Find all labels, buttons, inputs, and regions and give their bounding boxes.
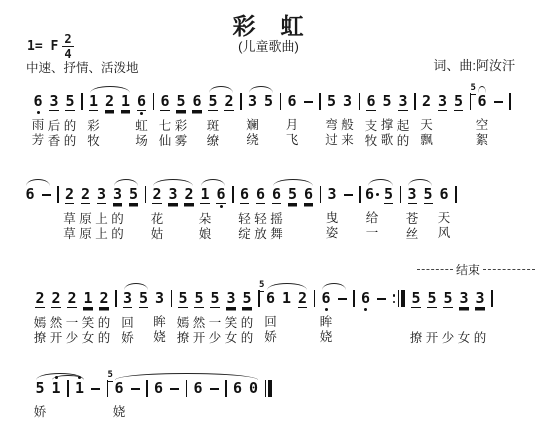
lyric-syllable (171, 212, 174, 227)
note-number: 3 (408, 186, 417, 204)
lyric-syllable: 的 (64, 134, 77, 149)
slur-group: 1彩牧2 1 (86, 83, 134, 149)
note-body: 1 (282, 290, 291, 307)
note-number: 6 (233, 380, 242, 397)
barline-thin (146, 380, 148, 397)
note-number: 2 (67, 290, 76, 308)
key-tonic: 1= F (27, 39, 58, 54)
lyric-syllable: 眸 (320, 315, 333, 330)
note: 5彩雾 (175, 83, 188, 149)
note-body (338, 290, 347, 307)
note-body: 5 (208, 93, 217, 111)
note-body: 6 (240, 186, 249, 204)
note-body: 3 (438, 93, 447, 111)
barline (491, 290, 493, 307)
lyric-syllable: 女 (458, 331, 471, 346)
note: 5一少 (209, 280, 222, 346)
lyric-syllable: 娇 (264, 330, 277, 345)
lyric-syllable: 然 (193, 316, 206, 331)
barline-thin (115, 290, 117, 307)
key-signature: 1= F 2 4 (27, 33, 74, 60)
note-body: 5 (264, 93, 273, 110)
ending-dash-left (417, 269, 453, 270)
lyric-syllable: 撩 (410, 331, 423, 346)
lyric-syllable: 嫣 (34, 316, 47, 331)
lyric-syllable (227, 134, 230, 149)
note-body: 5 (178, 290, 187, 308)
note: 3笑女 (225, 280, 238, 346)
octave-dot-below-slot (37, 110, 40, 115)
lyric-syllable: 姿 (326, 226, 339, 241)
note-number: 3 (113, 186, 122, 204)
lyric-syllable: 的 (241, 331, 254, 346)
note-body: 6 (365, 186, 379, 203)
note: 3眸娆 (153, 280, 166, 345)
note-number: 2 (422, 93, 431, 110)
lyric-syllable (44, 226, 47, 241)
lyric-syllable: 朵 (199, 212, 212, 227)
ending-label-text: 结束 (456, 261, 480, 278)
note-number: 6 (154, 380, 163, 397)
barline (186, 380, 188, 397)
note: 6 (191, 83, 204, 149)
note: 5撑歌 (381, 83, 394, 148)
slur-group: 1朵娘6 (197, 176, 229, 242)
note-number: 2 (51, 290, 60, 308)
barline (81, 93, 83, 110)
note-body: 6 (272, 186, 281, 204)
lyric-syllable: 的 (98, 316, 111, 331)
lyric-syllable: 过 (325, 133, 338, 148)
duration-dash (302, 83, 315, 148)
note-number: 6 (361, 290, 370, 307)
lyric-syllable: 眸 (153, 315, 166, 330)
low-octave-dot (364, 308, 367, 311)
note-body: 6 (287, 93, 296, 110)
note-body: 6 (160, 93, 169, 111)
note-number: 5 (454, 93, 463, 111)
lyric-syllable (212, 405, 215, 420)
grace-note: 5 (107, 371, 112, 382)
note-number (344, 186, 353, 203)
note-number: 1 (89, 93, 98, 111)
note: 3后香 (48, 83, 61, 149)
note-number: 6 (321, 290, 330, 307)
note: 5 (286, 176, 299, 242)
lyric-syllable: 曳 (326, 211, 339, 226)
slur-group: 3斓绕5 (245, 83, 277, 148)
lyric-syllable: 女 (82, 331, 95, 346)
score-line: 2嫣撩2然开2一少1笑女2的的3回娇5 3眸娆5嫣撩5然开5一少3笑女5的的56… (32, 280, 496, 346)
note-number: 3 (248, 93, 257, 110)
note: 56回娇 (264, 280, 277, 345)
score-area: 结束 6雨芳3后香5的的1彩牧2 1 6虹场6七仙5彩雾6 5斑缭2 3斓绕5 … (0, 83, 537, 438)
note-number: 5 (208, 93, 217, 111)
note: 5 (127, 176, 140, 242)
note-number: 1 (282, 290, 291, 307)
octave-dot-below-slot (140, 111, 143, 116)
lyric-syllable: 的 (474, 331, 487, 346)
time-signature-numerator: 2 (62, 33, 73, 47)
note: 5 (137, 280, 150, 346)
note-number: 5 (264, 93, 273, 110)
slur-group: 6摇舞5 6 (269, 176, 317, 242)
slur-group: 3苍丝5 (404, 176, 436, 242)
note-body (131, 380, 140, 397)
lyric-syllable: 彩 (175, 119, 188, 134)
note: 3般来 (341, 83, 354, 148)
lyric-syllable: 少 (66, 331, 79, 346)
barline (232, 186, 234, 203)
note: 1 (50, 370, 63, 420)
final-barline (265, 380, 273, 397)
note-body: 3 (327, 186, 336, 203)
barline-thin (320, 186, 322, 203)
barline-thin (107, 380, 109, 397)
barline-thin (398, 290, 400, 307)
lyric-syllable: 虹 (135, 119, 148, 134)
note: 6摇舞 (270, 176, 283, 242)
note-body: 6 (321, 290, 330, 307)
lyric-syllable: 姑 (151, 227, 164, 242)
lyric-syllable: 娘 (199, 227, 212, 242)
note: 1彩牧 (87, 83, 100, 149)
note: 1 (73, 370, 86, 420)
lyric-syllable (387, 227, 390, 242)
lyric-syllable: 回 (264, 315, 277, 330)
note-body: 3 (459, 290, 468, 308)
note: 1 (119, 83, 132, 149)
note-body: 5 (65, 93, 74, 111)
lyric-syllable: 开 (193, 331, 206, 346)
note-body: 3 (398, 93, 407, 111)
note: 2然开 (50, 280, 63, 346)
note-number: 6 (193, 380, 202, 397)
barline-thin (232, 186, 234, 203)
lyric-syllable: 娇 (121, 331, 134, 346)
note: 6 (192, 370, 205, 420)
note-body: 6 (25, 186, 34, 203)
lyric-syllable (306, 133, 309, 148)
lyric-syllable: 花 (151, 212, 164, 227)
lyric-syllable (496, 118, 499, 133)
note-number: 3 (459, 290, 468, 308)
note-body: 5 (454, 93, 463, 111)
note-number: 5 (210, 290, 219, 308)
barline-thin (414, 93, 416, 110)
lyric-syllable (187, 212, 190, 227)
lyric-syllable (380, 330, 383, 345)
lyric-syllable (306, 118, 309, 133)
lyric-syllable: 撑 (381, 118, 394, 133)
lyric-syllable: 飞 (286, 133, 299, 148)
note-number: 1 (83, 290, 92, 308)
lyric-syllable: 一 (209, 316, 222, 331)
note-body: 3 (49, 93, 58, 111)
note: 5嫣撩 (177, 280, 190, 346)
lyric-syllable: 雨 (32, 118, 45, 133)
note-body (344, 186, 353, 203)
barline (455, 186, 457, 203)
note: 5 开 (426, 280, 439, 346)
lyric-syllable (307, 227, 310, 242)
note-number (210, 380, 219, 397)
low-octave-dot (37, 111, 40, 114)
note-number: 1 (75, 380, 84, 397)
note-number: 5 (288, 186, 297, 204)
note-number: 2 (81, 186, 90, 204)
slur-group: 56回娇1 2 (263, 280, 311, 346)
note: 2嫣撩 (34, 280, 47, 346)
note: 2草草 (63, 176, 76, 242)
note-number: 6 (365, 186, 374, 203)
lyric-syllable (364, 330, 367, 345)
lyric-syllable: 般 (341, 118, 354, 133)
note-body: 6 (154, 380, 163, 397)
lyric-syllable: 丝 (406, 227, 419, 242)
lyric-syllable (387, 212, 390, 227)
note: 6 (359, 280, 372, 345)
note-number: 5 (242, 290, 251, 308)
note: 3苍丝 (406, 176, 419, 242)
note-body: 3 (408, 186, 417, 204)
note-body: 2 (65, 186, 74, 204)
lyric-syllable: 牧 (87, 134, 100, 149)
lyric-syllable: 的 (98, 331, 111, 346)
note: 2天飘 (420, 83, 433, 148)
repeat-dots (393, 290, 396, 307)
note-body: 6 (192, 93, 201, 111)
note-number: 3 (97, 186, 106, 204)
note: 3起的 (397, 83, 410, 149)
note-body: 2 (105, 93, 114, 111)
lyric-syllable: 七 (159, 119, 172, 134)
note-body: 2 (224, 93, 233, 111)
lyric-syllable: 女 (225, 331, 238, 346)
repeat-end-barline (393, 290, 406, 307)
note-body: 3 (226, 290, 235, 308)
note-number: 1 (51, 380, 60, 397)
note-number: 2 (152, 186, 161, 204)
note: 5 撩 (410, 280, 423, 346)
rest-note: 0 (247, 370, 260, 420)
note-body: 3 (123, 290, 132, 308)
note-number: 5 (382, 93, 391, 110)
note-number: 2 (298, 290, 307, 308)
lyric-syllable (236, 405, 239, 420)
barline-thin (353, 290, 355, 307)
note: 3 女 (458, 280, 471, 346)
note: 3 (436, 83, 449, 149)
note: 5的的 (64, 83, 77, 149)
note: 5 (262, 83, 275, 148)
note-number: 5 (424, 186, 433, 204)
lyric-syllable (28, 211, 31, 226)
lyric-syllable: 斑 (207, 119, 220, 134)
note-number: 6 (216, 186, 225, 204)
octave-dot-below-slot (325, 307, 328, 312)
lyric-syllable (196, 405, 199, 420)
duration-dash (129, 370, 142, 420)
lyric-syllable (267, 118, 270, 133)
note-number: 6 (192, 93, 201, 111)
barline (353, 290, 355, 307)
note-body (377, 290, 386, 307)
note: 2原原 (79, 176, 92, 242)
note-number: 2 (99, 290, 108, 308)
note-number (304, 93, 313, 110)
note: 6七仙 (159, 83, 172, 149)
barline-thin (509, 93, 511, 110)
slur-group: 3的的5 (110, 176, 142, 242)
duration-dash (40, 176, 53, 241)
note-body: 5 (327, 93, 336, 110)
note-number: 6 (440, 186, 449, 203)
note: 6月飞 (286, 83, 299, 148)
note: 5斑缭 (207, 83, 220, 149)
barline-thin (145, 186, 147, 203)
note-number: 6 (272, 186, 281, 204)
lyric-syllable: 斓 (246, 118, 259, 133)
note-body: 5 (424, 186, 433, 204)
note-number: 5 (427, 290, 436, 308)
note: 3的的 (111, 176, 124, 242)
lyric-syllable (78, 405, 81, 420)
note: 2一少 (66, 280, 79, 346)
note: 3曳姿 (326, 176, 339, 241)
lyric-syllable (94, 405, 97, 420)
note-body: 1 (200, 186, 209, 204)
low-octave-dot (140, 112, 143, 115)
note-body (304, 93, 313, 110)
note: 5弯过 (325, 83, 338, 148)
lyric-syllable (380, 315, 383, 330)
barline-thin (225, 380, 227, 397)
lyric-syllable: 轻 (254, 212, 267, 227)
barline (320, 186, 322, 203)
note-number: 3 (226, 290, 235, 308)
note-number: 6 (25, 186, 34, 203)
note-body: 3 (475, 290, 484, 308)
barline (240, 93, 242, 110)
note-body: 5 (427, 290, 436, 308)
duration-dash (375, 280, 388, 345)
lyric-syllable: 舞 (270, 227, 283, 242)
note-body: 5 (411, 290, 420, 308)
barline (359, 93, 361, 110)
note-number: 2 (35, 290, 44, 308)
note-body: 2 (152, 186, 161, 204)
note-number: 3 (475, 290, 484, 308)
lyric-syllable (195, 119, 198, 134)
lyric-syllable (340, 330, 343, 345)
note: 6支牧 (365, 83, 378, 149)
lyric-syllable: 彩 (87, 119, 100, 134)
lyric-syllable (142, 316, 145, 331)
composer-credit: 词、曲:阿汝汗 (433, 55, 515, 74)
note: 5 (382, 176, 395, 242)
lyric-syllable: 后 (48, 119, 61, 134)
lyric-syllable: 弯 (325, 118, 338, 133)
note: 2 (183, 176, 196, 242)
note-number (170, 380, 179, 397)
note-body: 3 (97, 186, 106, 204)
note: 6 (24, 176, 37, 241)
note-body: 3 (113, 186, 122, 204)
note-number: 6 (477, 93, 486, 110)
lyric-syllable: 缭 (207, 134, 220, 149)
lyric-syllable (54, 405, 57, 420)
note: 3 (167, 176, 180, 242)
note-number: 6 (240, 186, 249, 204)
octave-dot-below-slot (220, 204, 223, 209)
note-number: 6 (304, 186, 313, 204)
barline-thin (455, 186, 457, 203)
note-body: 56 (477, 93, 486, 110)
note-number (91, 380, 100, 397)
lyric-syllable (462, 316, 465, 331)
note-number: 6 (256, 186, 265, 204)
lyric-syllable (364, 315, 367, 330)
song-subtitle: (儿童歌曲) (0, 36, 537, 55)
barline-thin (171, 290, 173, 307)
note-body: 6 (366, 93, 375, 111)
note-number: 3 (49, 93, 58, 111)
note-number: 3 (398, 93, 407, 111)
barline (319, 93, 321, 110)
note-body: 2 (35, 290, 44, 308)
lyric-syllable: 一 (366, 226, 379, 241)
note-body: 6 (216, 186, 225, 204)
note-body (91, 380, 100, 397)
note-body: 1 (89, 93, 98, 111)
note-number: 3 (155, 290, 164, 307)
lyric-syllable (301, 316, 304, 331)
lyric-syllable: 空 (476, 118, 489, 133)
lyric-syllable: 少 (209, 331, 222, 346)
note: 6天风 (438, 176, 451, 241)
lyric-syllable: 少 (442, 331, 455, 346)
note-body: 3 (248, 93, 257, 110)
barline (470, 93, 472, 110)
grace-note: 5 (259, 281, 264, 292)
lyric-syllable (267, 133, 270, 148)
note-number: 3 (168, 186, 177, 204)
lyric-syllable (307, 212, 310, 227)
score-line: 6雨芳3后香5的的1彩牧2 1 6虹场6七仙5彩雾6 5斑缭2 3斓绕5 6月飞… (30, 83, 514, 149)
duration-dash (342, 176, 355, 241)
note-body: 5 (129, 186, 138, 204)
octave-dot-below-slot (364, 307, 367, 312)
barline-thin (280, 93, 282, 110)
barline (509, 93, 511, 110)
note: 2 (296, 280, 309, 346)
lyric-syllable: 的 (397, 134, 410, 149)
lyric-syllable (187, 227, 190, 242)
note-body: 56 (114, 380, 123, 397)
low-octave-dot (220, 205, 223, 208)
note-body: 2 (298, 290, 307, 308)
lyric-syllable (44, 211, 47, 226)
note-body: 1 (121, 93, 130, 111)
barline-thick (268, 380, 272, 397)
lyric-syllable (426, 227, 429, 242)
slur-group: 6 (22, 176, 54, 241)
note: 6轻放 (254, 176, 267, 242)
note-number: 1 (121, 93, 130, 111)
lyric-syllable: 笑 (225, 316, 238, 331)
barline (115, 290, 117, 307)
